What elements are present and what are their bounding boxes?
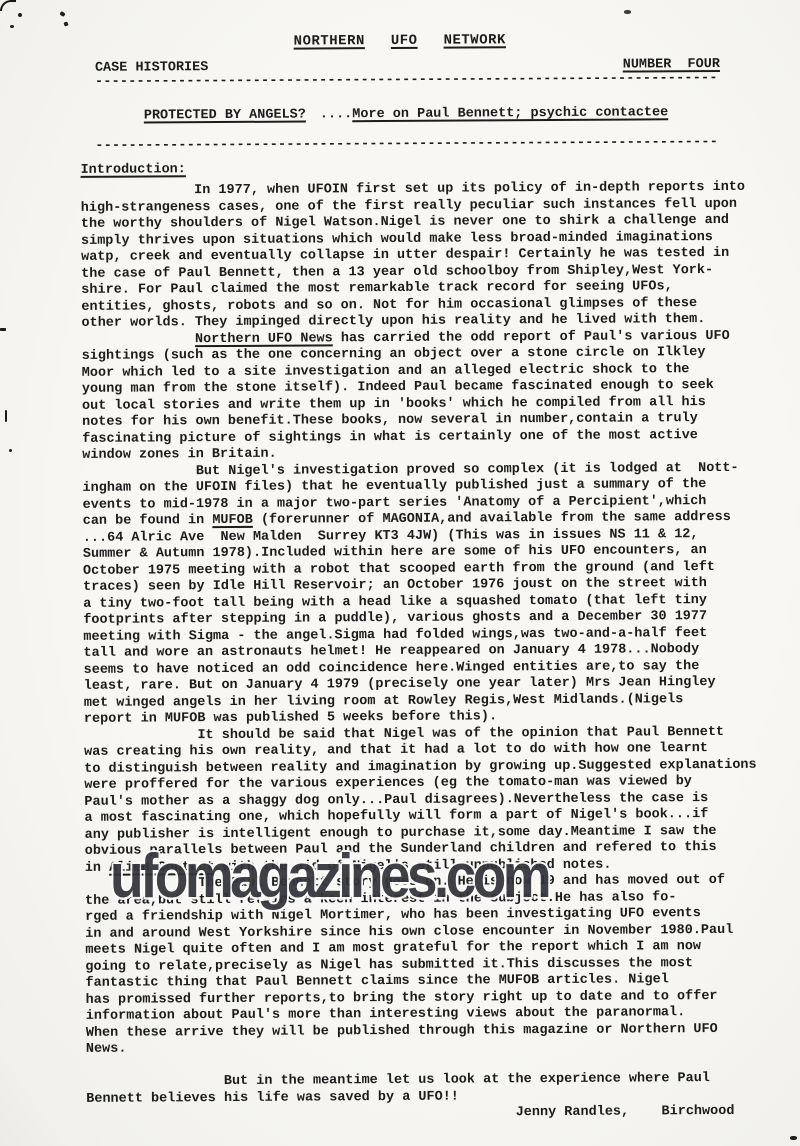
subtitle-dots: .... — [320, 107, 352, 122]
document-page: NORTHERNUFONETWORK CASE HISTORIES NUMBER… — [0, 0, 800, 1146]
subtitle-left: PROTECTED BY ANGELS? — [144, 107, 306, 123]
page-title: NORTHERNUFONETWORK — [0, 29, 800, 52]
subtitle-row: PROTECTED BY ANGELS?....More on Paul Ben… — [95, 89, 720, 141]
text-line: Jenny Randles, Birchwood — [86, 1103, 800, 1124]
title-word: UFO — [391, 33, 418, 49]
subtitle-right: More on Paul Bennett; psychic contactee — [352, 105, 668, 122]
watermark: ufomagazines.com — [110, 840, 548, 912]
title-word: NORTHERN — [294, 33, 365, 49]
typewritten-content: NORTHERNUFONETWORK CASE HISTORIES NUMBER… — [0, 0, 800, 1125]
body-text: In 1977, when UFOIN first set up its pol… — [81, 179, 800, 1124]
ink-speck — [790, 1136, 797, 1140]
case-histories-label: CASE HISTORIES — [95, 60, 209, 77]
title-word: NETWORK — [444, 32, 506, 48]
introduction-heading: Introduction: — [81, 157, 800, 178]
issue-number-label: NUMBER FOUR — [623, 57, 720, 74]
